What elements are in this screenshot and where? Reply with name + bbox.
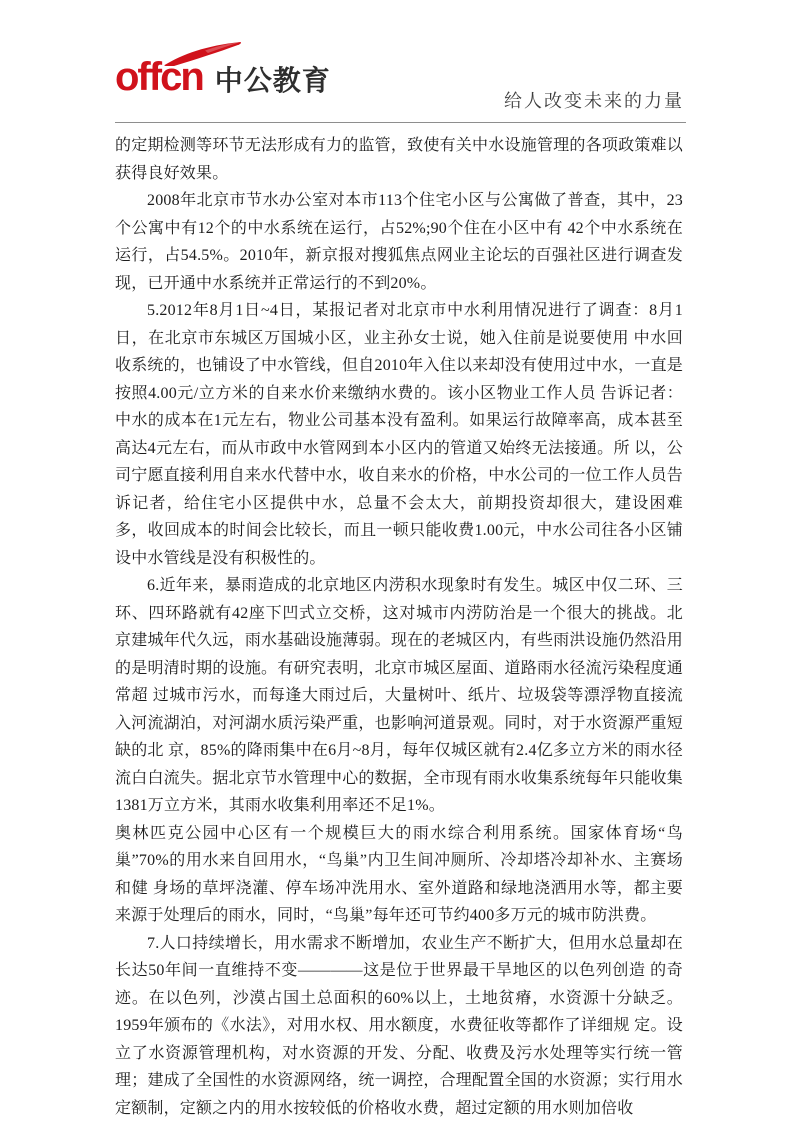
paragraph: 的定期检测等环节无法形成有力的监管，致使有关中水设施管理的各项政策难以获得良好效… [115,132,683,187]
paragraph: 2008年北京市节水办公室对本市113个住宅小区与公寓做了普查，其中，23个公寓… [115,187,683,297]
document-body: 的定期检测等环节无法形成有力的监管，致使有关中水设施管理的各项政策难以获得良好效… [115,132,683,1122]
tagline: 给人改变未来的力量 [504,87,684,113]
header: offcn 中公教育 给人改变未来的力量 [115,55,686,123]
logo-chinese-text: 中公教育 [215,67,331,95]
paragraph: 5.2012年8月1日~4日，某报记者对北京市中水利用情况进行了调查：8月1日，… [115,297,683,572]
offcn-logo: offcn 中公教育 [115,57,331,97]
paragraph: 6.近年来，暴雨造成的北京地区内涝积水现象时有发生。城区中仅二环、三环、四环路就… [115,572,683,820]
paragraph: 7.人口持续增长，用水需求不断增加，农业生产不断扩大，但用水总量却在长达50年间… [115,930,683,1122]
paragraph: 奥林匹克公园中心区有一个规模巨大的雨水综合利用系统。国家体育场“鸟巢”70%的用… [115,820,683,930]
logo-latin-text: offcn [115,57,203,97]
document-page: offcn 中公教育 给人改变未来的力量 的定期检测等环节无法形成有力的监管，致… [0,0,793,1122]
